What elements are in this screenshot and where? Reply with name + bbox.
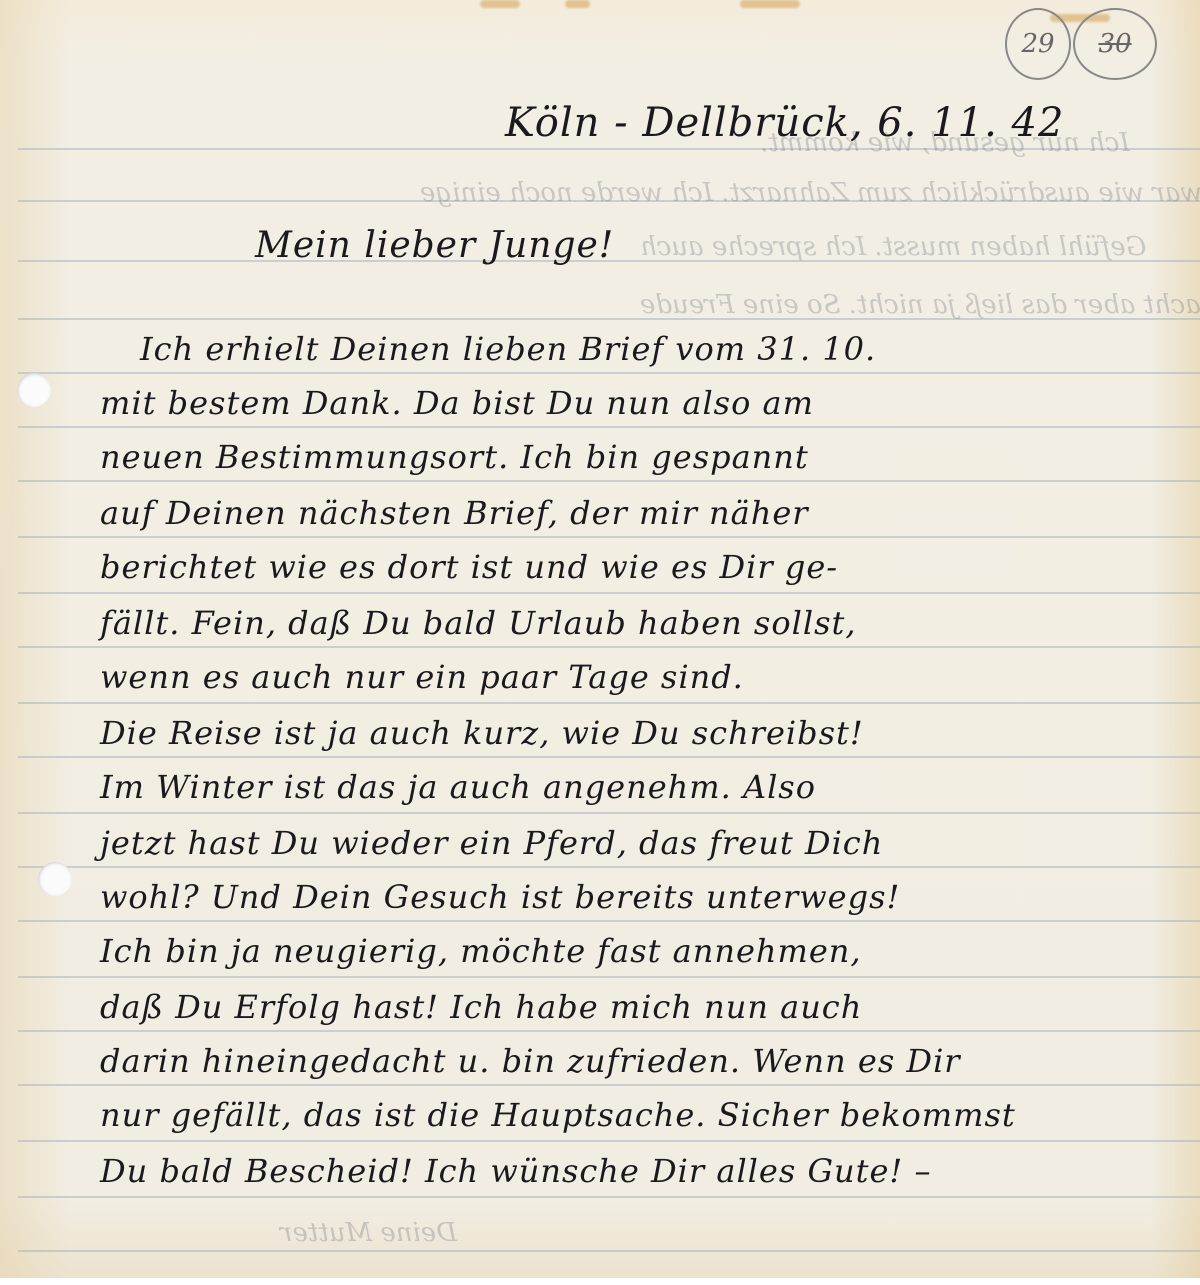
ruled-line xyxy=(18,866,1200,868)
paper-stain xyxy=(480,0,520,8)
letter-body-line: Im Winter ist das ja auch angenehm. Also xyxy=(100,768,816,806)
letter-body-line: auf Deinen nächsten Brief, der mir näher xyxy=(100,494,809,532)
ruled-line xyxy=(18,1196,1200,1198)
page-number-mark: 30 xyxy=(1073,8,1157,80)
ruled-line xyxy=(18,646,1200,648)
letter-body-line: jetzt hast Du wieder ein Pferd, das freu… xyxy=(100,824,883,862)
letter-body-line: Ich erhielt Deinen lieben Brief vom 31. … xyxy=(140,330,876,368)
page-number: 29 xyxy=(1021,29,1054,59)
ruled-line xyxy=(18,536,1200,538)
ruled-line xyxy=(18,372,1200,374)
letter-place-date: Köln - Dellbrück, 6. 11. 42 xyxy=(505,100,1064,146)
bleed-through-text: war wie ausdrücklich zum Zahnarzt. Ich w… xyxy=(420,178,1200,208)
letter-date: 6. 11. 42 xyxy=(877,100,1064,146)
bleed-through-text: Gefühl haben musst. Ich spreche auch xyxy=(640,232,1146,262)
ruled-line xyxy=(18,426,1200,428)
paper-stain xyxy=(565,0,590,8)
ruled-line xyxy=(18,592,1200,594)
ruled-line xyxy=(18,480,1200,482)
letter-body-line: Ich bin ja neugierig, möchte fast annehm… xyxy=(100,932,862,970)
separator: , xyxy=(850,100,877,146)
letter-body-line: Du bald Bescheid! Ich wünsche Dir alles … xyxy=(100,1152,931,1190)
letter-body-line: Die Reise ist ja auch kurz, wie Du schre… xyxy=(100,714,864,752)
letter-body-line: neuen Bestimmungsort. Ich bin gespannt xyxy=(100,438,809,476)
letter-body-line: wohl? Und Dein Gesuch ist bereits unterw… xyxy=(100,878,900,916)
ruled-line xyxy=(18,1030,1200,1032)
letter-body-line: daß Du Erfolg hast! Ich habe mich nun au… xyxy=(100,988,862,1026)
paper-stain xyxy=(740,0,800,8)
letter-body-line: berichtet wie es dort ist und wie es Dir… xyxy=(100,548,838,586)
letter-body-line: fällt. Fein, daß Du bald Urlaub haben so… xyxy=(100,604,857,642)
letter-body-line: nur gefällt, das ist die Hauptsache. Sic… xyxy=(100,1096,1016,1134)
letter-place: Köln - Dellbrück xyxy=(505,100,850,146)
page-number-mark: 29 xyxy=(1005,8,1071,80)
ruled-line xyxy=(18,976,1200,978)
bleed-through-signature: Deine Mutter xyxy=(280,1218,457,1248)
ruled-line xyxy=(18,702,1200,704)
letter-body-line: mit bestem Dank. Da bist Du nun also am xyxy=(100,384,814,422)
punch-hole xyxy=(17,373,51,407)
letter-greeting: Mein lieber Junge! xyxy=(255,225,614,266)
letter-body-line: wenn es auch nur ein paar Tage sind. xyxy=(100,658,744,696)
ruled-line xyxy=(18,1084,1200,1086)
bleed-through-text: gemacht aber das ließ ja nicht. So eine … xyxy=(640,290,1200,320)
punch-hole xyxy=(38,862,72,896)
ruled-line xyxy=(18,756,1200,758)
page-number: 30 xyxy=(1098,29,1131,59)
ruled-line xyxy=(18,920,1200,922)
letter-page: Ich nur gesund, wie kommt. war wie ausdr… xyxy=(0,0,1200,1278)
ruled-line xyxy=(18,1250,1200,1252)
letter-body-line: darin hineingedacht u. bin zufrieden. We… xyxy=(100,1042,961,1080)
ruled-line xyxy=(18,1140,1200,1142)
ruled-line xyxy=(18,812,1200,814)
